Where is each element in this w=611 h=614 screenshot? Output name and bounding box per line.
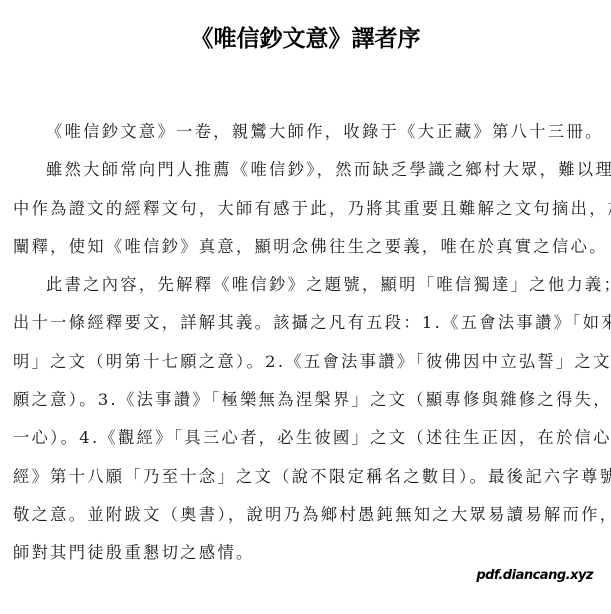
text-line: 出十一條經釋要文，詳解其義。該攝之凡有五段：1.《五會法事讚》「如來名號甚分 — [13, 304, 603, 342]
document-page: 《唯信鈔文意》譯者序 《唯信鈔文意》一卷，親鸞大師作，收錄于《大正藏》第八十三冊… — [0, 0, 611, 614]
text-line: 雖然大師常向門人推薦《唯信鈔》，然而缺乏學識之鄉村大眾，難以理解《鈔》 — [13, 151, 603, 189]
paragraph-2: 雖然大師常向門人推薦《唯信鈔》，然而缺乏學識之鄉村大眾，難以理解《鈔》 中作為證… — [13, 151, 603, 266]
text-line: 願之意）。3.《法事讚》「極樂無為涅槃界」之文（顯專修與雜修之得失，勸專一行 — [13, 381, 603, 419]
text-line: 經》第十八願「乃至十念」之文（說不限定稱名之數目）。最後記六字尊號，表現歸 — [13, 458, 603, 496]
text-line: 此書之內容，先解釋《唯信鈔》之題號，顯明「唯信獨達」之他力義；接著舉 — [13, 266, 603, 304]
document-body: 《唯信鈔文意》一卷，親鸞大師作，收錄于《大正藏》第八十三冊。 雖然大師常向門人推… — [13, 113, 603, 573]
text-line: 闡釋，使知《唯信鈔》真意，顯明念佛往生之要義，唯在於真實之信心。 — [13, 228, 603, 266]
text-line: 明」之文（明第十七願之意）。2.《五會法事讚》「彼佛因中立弘誓」之文（第十八 — [13, 343, 603, 381]
text-line: 一心）。4.《觀經》「具三心者，必生彼國」之文（述往生正因，在於信心）。5.《大 — [13, 419, 603, 457]
document-title: 《唯信鈔文意》譯者序 — [0, 24, 611, 54]
text-line: 敬之意。並附跋文（奧書），說明乃為鄉村愚鈍無知之大眾易讀易解而作，洋溢出大 — [13, 496, 603, 534]
watermark: pdf.diancang.xyz — [476, 568, 593, 583]
paragraph-3: 此書之內容，先解釋《唯信鈔》之題號，顯明「唯信獨達」之他力義；接著舉 出十一條經… — [13, 266, 603, 572]
text-line: 師對其門徒殷重懇切之感情。 — [13, 534, 603, 572]
paragraph-1: 《唯信鈔文意》一卷，親鸞大師作，收錄于《大正藏》第八十三冊。 — [13, 113, 603, 151]
text-line: 《唯信鈔文意》一卷，親鸞大師作，收錄于《大正藏》第八十三冊。 — [13, 113, 603, 151]
text-line: 中作為證文的經釋文句，大師有感于此，乃將其重要且難解之文句摘出，加以淺顯 — [13, 190, 603, 228]
